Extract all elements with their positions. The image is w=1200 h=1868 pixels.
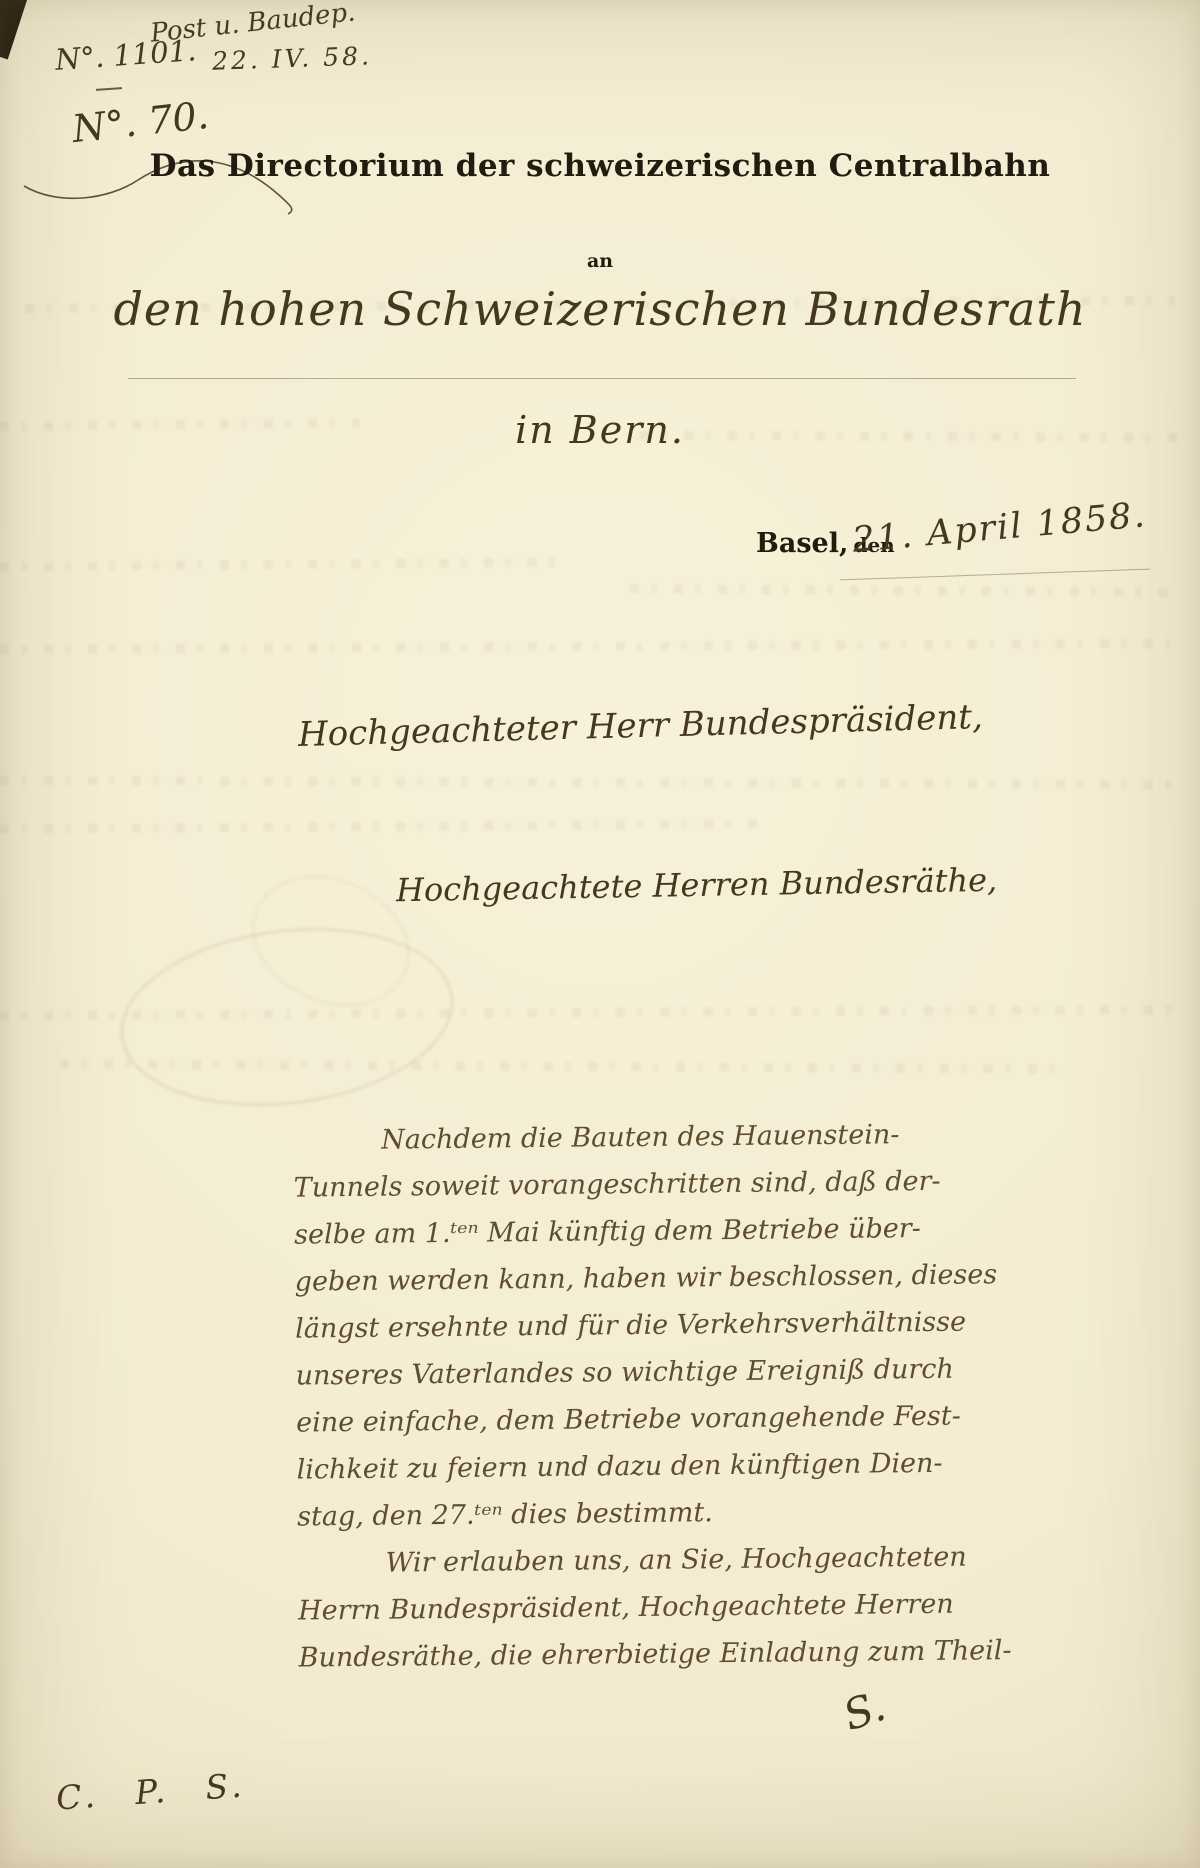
letterhead-sender: Das Directorium der schweizerischen Cent… <box>0 148 1200 184</box>
registry-number: N°. 1101. <box>54 33 197 77</box>
body-line: eine einfache, dem Betriebe vorangehende… <box>296 1400 976 1454</box>
letterhead-preposition: an <box>0 250 1200 272</box>
verso-show-through <box>0 776 1180 789</box>
verso-show-through <box>630 584 1170 597</box>
dateline-place: Basel, <box>756 528 848 559</box>
letterhead-recipient: den hohen Schweizerischen Bundesrath <box>0 282 1200 336</box>
body-line: Nachdem die Bauten des Hauenstein- <box>293 1118 973 1172</box>
body-line: geben werden kann, haben wir beschlossen… <box>295 1259 975 1313</box>
dateline-date-handwritten: 21. April 1858. <box>851 495 1148 561</box>
body-line: Tunnels soweit vorangeschritten sind, da… <box>294 1165 974 1219</box>
body-line: Bundesräthe, die ehrerbietige Einladung … <box>298 1635 978 1689</box>
body-line: stag, den 27.ᵗᵉⁿ dies bestimmt. <box>297 1494 977 1548</box>
body-line: längst ersehnte und für die Verkehrsverh… <box>295 1306 975 1360</box>
verso-show-through <box>0 639 1180 654</box>
salutation-first: Hochgeachteter Herr Bundespräsident, <box>298 697 984 755</box>
letter-scan: Post u. Baudep. 22. IV. 58. N°. 1101. N°… <box>0 0 1200 1868</box>
registry-number-underline <box>96 87 122 91</box>
body-line: Wir erlauben uns, an Sie, Hochgeachteten <box>297 1541 977 1595</box>
page-paraph: S. <box>837 1681 891 1740</box>
salutation-second: Hochgeachtete Herren Bundesräthe, <box>396 861 998 909</box>
letterhead-recipient-place: in Bern. <box>0 408 1200 452</box>
verso-show-through <box>0 819 760 833</box>
body-line: unseres Vaterlandes so wichtige Ereigniß… <box>296 1353 976 1407</box>
clerk-initials: C. P. S. <box>55 1765 247 1817</box>
dateline-rule <box>840 569 1150 581</box>
verso-show-through <box>0 558 560 572</box>
filing-date: 22. IV. 58. <box>212 41 373 76</box>
letter-body: Nachdem die Bauten des Hauenstein- Tunne… <box>293 1118 979 1689</box>
scan-corner-artifact <box>0 0 31 59</box>
body-line: lichkeit zu feiern und dazu den künftige… <box>297 1447 977 1501</box>
body-line: selbe am 1.ᵗᵉⁿ Mai künftig dem Betriebe … <box>294 1212 974 1266</box>
body-line: Herrn Bundespräsident, Hochgeachtete Her… <box>298 1588 978 1642</box>
recipient-baseline-rule <box>128 378 1076 379</box>
